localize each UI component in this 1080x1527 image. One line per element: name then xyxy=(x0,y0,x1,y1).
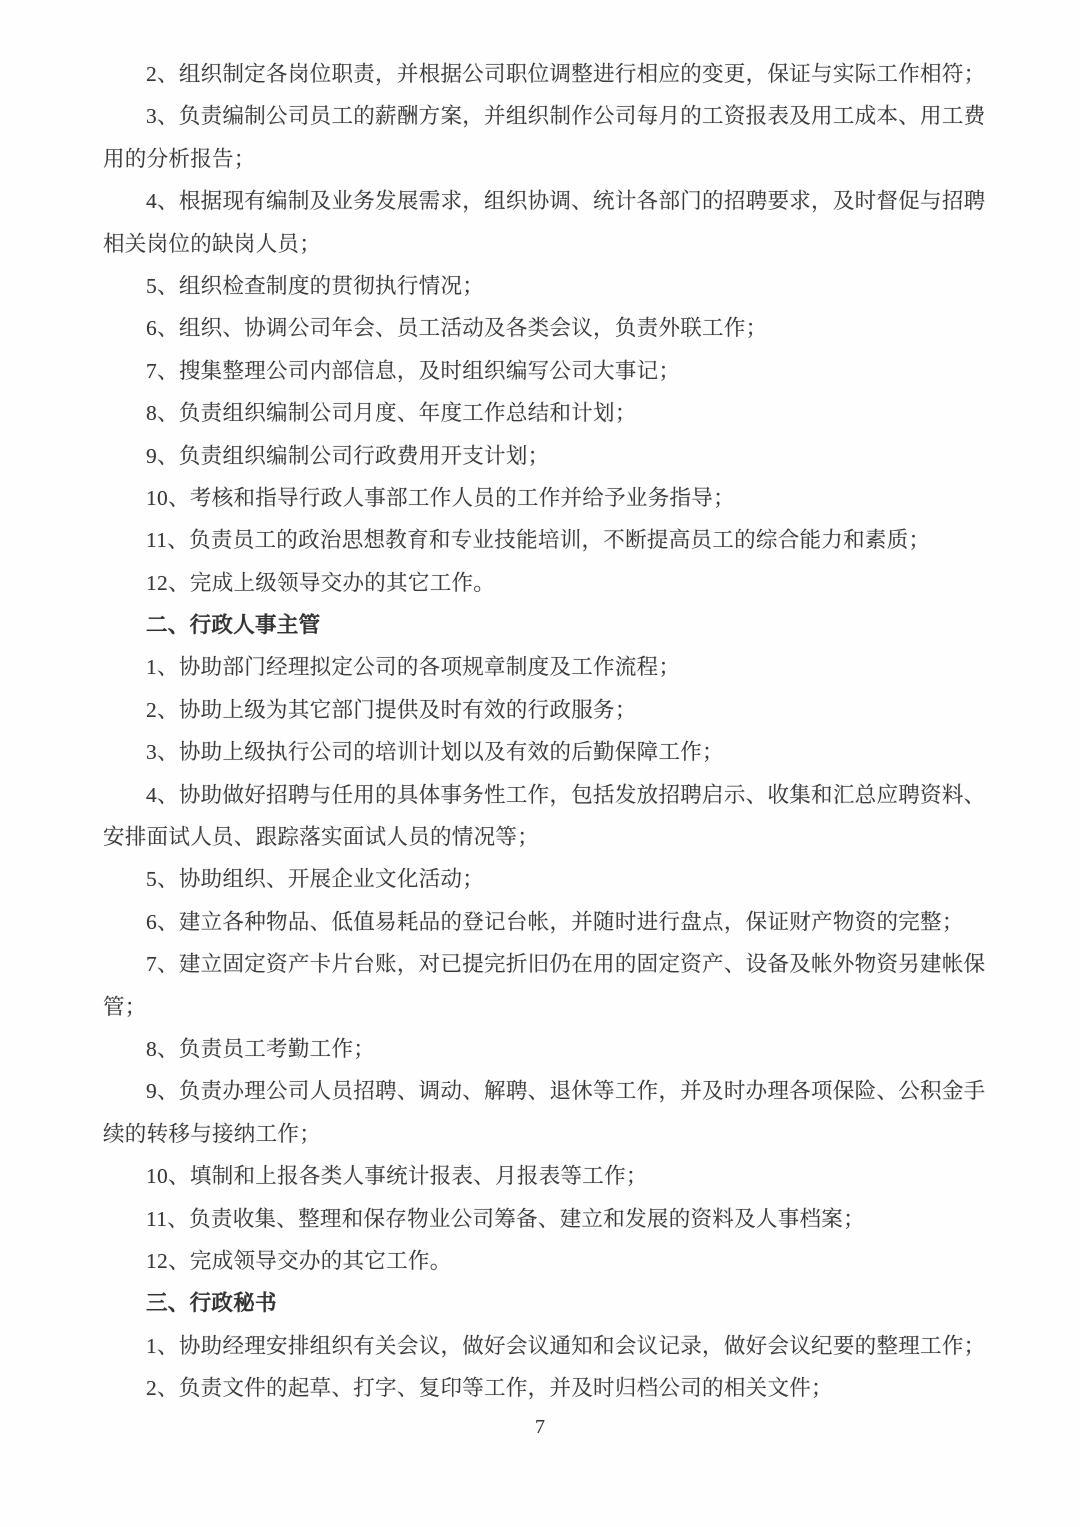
text-line: 相关岗位的缺岗人员； xyxy=(103,223,993,265)
text-line: 6、建立各种物品、低值易耗品的登记台帐，并随时进行盘点，保证财产物资的完整； xyxy=(103,901,993,943)
text-line: 10、考核和指导行政人事部工作人员的工作并给予业务指导； xyxy=(103,477,993,519)
text-line: 3、协助上级执行公司的培训计划以及有效的后勤保障工作； xyxy=(103,731,993,773)
text-line: 2、协助上级为其它部门提供及时有效的行政服务； xyxy=(103,689,993,731)
text-line: 12、完成上级领导交办的其它工作。 xyxy=(103,562,993,604)
text-line: 11、负责收集、整理和保存物业公司筹备、建立和发展的资料及人事档案； xyxy=(103,1198,993,1240)
text-line: 4、协助做好招聘与任用的具体事务性工作，包括发放招聘启示、收集和汇总应聘资料、 xyxy=(103,774,993,816)
text-line: 管； xyxy=(103,986,993,1028)
text-line: 6、组织、协调公司年会、员工活动及各类会议，负责外联工作； xyxy=(103,307,993,349)
text-line: 5、协助组织、开展企业文化活动； xyxy=(103,858,993,900)
text-line: 7、建立固定资产卡片台账，对已提完折旧仍在用的固定资产、设备及帐外物资另建帐保 xyxy=(103,943,993,985)
text-line: 12、完成领导交办的其它工作。 xyxy=(103,1240,993,1282)
text-line: 2、组织制定各岗位职责，并根据公司职位调整进行相应的变更，保证与实际工作相符； xyxy=(103,53,993,95)
text-line: 安排面试人员、跟踪落实面试人员的情况等； xyxy=(103,816,993,858)
document-body: 2、组织制定各岗位职责，并根据公司职位调整进行相应的变更，保证与实际工作相符；3… xyxy=(103,53,993,1410)
section-heading: 二、行政人事主管 xyxy=(103,604,993,646)
section-heading: 三、行政秘书 xyxy=(103,1282,993,1324)
text-line: 10、填制和上报各类人事统计报表、月报表等工作； xyxy=(103,1155,993,1197)
text-line: 3、负责编制公司员工的薪酬方案，并组织制作公司每月的工资报表及用工成本、用工费 xyxy=(103,95,993,137)
text-line: 8、负责员工考勤工作； xyxy=(103,1028,993,1070)
text-line: 1、协助经理安排组织有关会议，做好会议通知和会议记录，做好会议纪要的整理工作； xyxy=(103,1325,993,1367)
text-line: 7、搜集整理公司内部信息，及时组织编写公司大事记； xyxy=(103,350,993,392)
text-line: 用的分析报告； xyxy=(103,138,993,180)
text-line: 2、负责文件的起草、打字、复印等工作，并及时归档公司的相关文件； xyxy=(103,1367,993,1409)
text-line: 9、负责办理公司人员招聘、调动、解聘、退休等工作，并及时办理各项保险、公积金手 xyxy=(103,1070,993,1112)
text-line: 4、根据现有编制及业务发展需求，组织协调、统计各部门的招聘要求，及时督促与招聘 xyxy=(103,180,993,222)
text-line: 1、协助部门经理拟定公司的各项规章制度及工作流程； xyxy=(103,646,993,688)
text-line: 9、负责组织编制公司行政费用开支计划； xyxy=(103,435,993,477)
text-line: 5、组织检查制度的贯彻执行情况； xyxy=(103,265,993,307)
page-number: 7 xyxy=(0,1413,1080,1441)
text-line: 8、负责组织编制公司月度、年度工作总结和计划； xyxy=(103,392,993,434)
document-page: 2、组织制定各岗位职责，并根据公司职位调整进行相应的变更，保证与实际工作相符；3… xyxy=(0,0,1080,1527)
text-line: 续的转移与接纳工作； xyxy=(103,1113,993,1155)
text-line: 11、负责员工的政治思想教育和专业技能培训，不断提高员工的综合能力和素质； xyxy=(103,519,993,561)
